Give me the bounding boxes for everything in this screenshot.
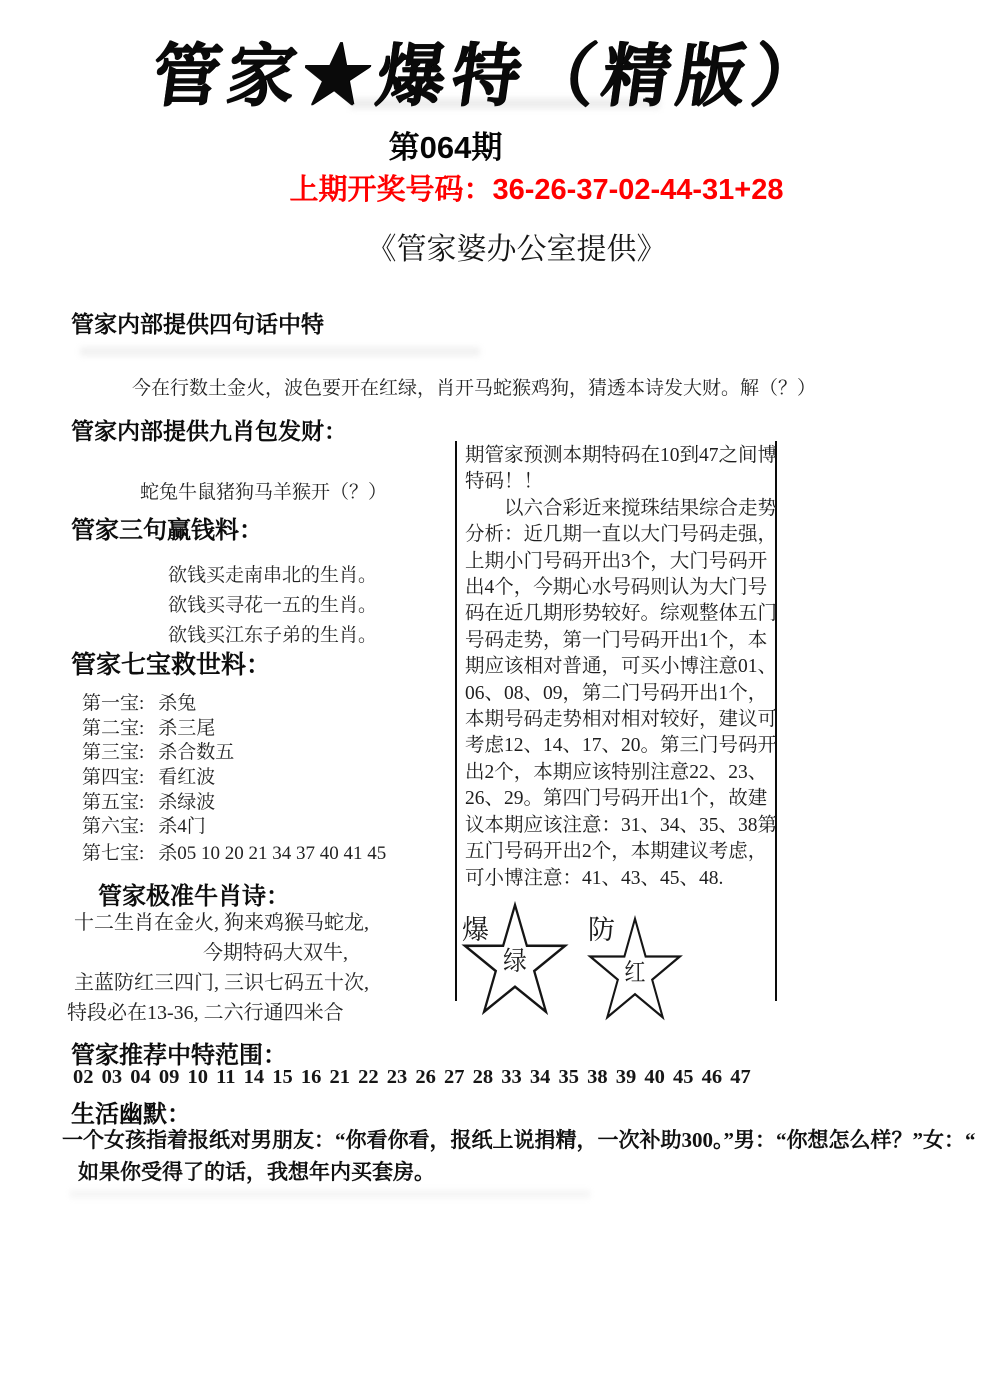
prediction-line: 本期号码走势相对相对较好，建议可 — [465, 707, 771, 733]
provider-line: 《管家婆办公室提供》 — [26, 224, 981, 268]
prediction-line: 出2个，本期应该特别注意22、23、 — [465, 760, 771, 786]
nine-zodiac-line: 蛇兔牛鼠猪狗马羊猴开（？） — [140, 477, 387, 504]
prediction-line: 特码！！ — [465, 469, 771, 495]
poem-line: 十二生肖在金火, 狗来鸡猴马蛇龙, — [74, 906, 369, 935]
prediction-line: 以六合彩近来搅珠结果综合走势 — [465, 496, 771, 522]
treasure-row: 第五宝:杀绿波 — [82, 787, 215, 814]
seven-treasures-header: 管家七宝救世料： — [71, 645, 271, 681]
treasure-value: 杀绿波 — [158, 792, 215, 813]
poem-line: 特段必在13-36, 二六行通四米合 — [67, 996, 344, 1025]
prediction-line: 五门号码开出2个，本期建议考虑， — [465, 839, 771, 865]
tip-line: 欲钱买寻花一五的生肖。 — [168, 590, 377, 617]
box-border-left — [455, 441, 457, 1001]
poem-line: 今期特码大双牛, — [203, 936, 348, 965]
prediction-line: 06、08、09，第二门号码开出1个， — [465, 681, 771, 707]
treasure-value: 杀4门 — [158, 816, 206, 837]
prediction-line: 26、29。第四门号码开出1个，故建 — [465, 786, 771, 812]
treasure-value: 看红波 — [158, 767, 215, 788]
treasure-label: 第三宝: — [82, 737, 144, 764]
red-star-text: 红 — [624, 959, 645, 986]
prediction-line: 期管家预测本期特码在10到47之间博 — [465, 443, 771, 469]
prediction-line: 可小博注意：41、43、45、48. — [465, 866, 771, 892]
prediction-line: 考虑12、14、17、20。第三门号码开 — [465, 733, 771, 759]
prediction-line: 出4个，今期心水号码则认为大门号 — [465, 575, 771, 601]
red-star-icon: 红 — [584, 917, 686, 1035]
treasure-row: 第二宝:杀三尾 — [82, 713, 215, 740]
scan-artifact — [80, 347, 480, 356]
lottery-tip-sheet: 管家★爆特（精版） 第064期 上期开奖号码：36-26-37-02-44-31… — [0, 0, 981, 1388]
treasure-row: 第六宝:杀4门 — [82, 811, 206, 838]
treasure-label: 第五宝: — [82, 787, 144, 814]
scan-artifact — [70, 1190, 590, 1198]
treasure-value: 杀兔 — [158, 693, 196, 714]
treasure-row: 第三宝:杀合数五 — [82, 737, 234, 764]
treasure-label: 第一宝: — [82, 688, 144, 715]
four-sentence-header: 管家内部提供四句话中特 — [71, 306, 324, 339]
treasure-label: 第六宝: — [82, 811, 144, 838]
prediction-line: 议本期应该注意：31、34、35、38第 — [465, 813, 771, 839]
masthead: 管家★爆特（精版） — [0, 22, 981, 119]
joke-line: 一个女孩指着报纸对男朋友：“你看你看，报纸上说捐精，一次补助300。”男：“你想… — [62, 1124, 976, 1154]
prediction-line: 上期小门号码开出3个，大门号码开 — [465, 549, 771, 575]
tip-line: 欲钱买江东子弟的生肖。 — [168, 620, 377, 647]
three-sentence-header: 管家三句赢钱料： — [71, 510, 263, 545]
prediction-line: 期应该相对普通，可买小博注意01、 — [465, 654, 771, 680]
four-sentence-line: 今在行数土金火，波色要开在红绿，肖开马蛇猴鸡狗，猜透本诗发大财。解（？） — [132, 373, 816, 400]
treasure-value: 杀三尾 — [158, 718, 215, 739]
issue-number: 第064期 — [0, 122, 936, 167]
nine-zodiac-header: 管家内部提供九肖包发财： — [71, 413, 347, 446]
last-draw-numbers: 上期开奖号码：36-26-37-02-44-31+28 — [46, 167, 981, 208]
page-title: 管家★爆特（精版） — [146, 22, 835, 119]
prediction-line: 分析：近几期一直以大门号码走强， — [465, 522, 771, 548]
poem-line: 主蓝防红三四门, 三识七码五十次, — [74, 966, 369, 995]
prediction-line: 码在近几期形势较好。综观整体五门 — [465, 601, 771, 627]
treasure-value: 杀05 10 20 21 34 37 40 41 45 — [158, 843, 386, 864]
treasure-label: 第四宝: — [82, 762, 144, 789]
prediction-box: 期管家预测本期特码在10到47之间博 特码！！ 以六合彩近来搅珠结果综合走势 分… — [465, 443, 771, 892]
treasure-row: 第四宝:看红波 — [82, 762, 215, 789]
treasure-row: 第一宝:杀兔 — [82, 688, 196, 715]
recommend-range-header: 管家推荐中特范围： — [71, 1035, 287, 1070]
tip-line: 欲钱买走南串北的生肖。 — [168, 560, 377, 587]
green-star-text: 绿 — [503, 947, 527, 977]
green-star-icon: 绿 — [458, 903, 572, 1031]
recommend-numbers: 02 03 04 09 10 11 14 15 16 21 22 23 26 2… — [73, 1066, 751, 1089]
joke-line: 如果你受得了的话，我想年内买套房。 — [78, 1156, 435, 1186]
treasure-row: 第七宝:杀05 10 20 21 34 37 40 41 45 — [82, 838, 386, 865]
prediction-line: 号码走势，第一门号码开出1个，本 — [465, 628, 771, 654]
treasure-label: 第二宝: — [82, 713, 144, 740]
treasure-label: 第七宝: — [82, 838, 144, 865]
treasure-value: 杀合数五 — [158, 742, 234, 763]
